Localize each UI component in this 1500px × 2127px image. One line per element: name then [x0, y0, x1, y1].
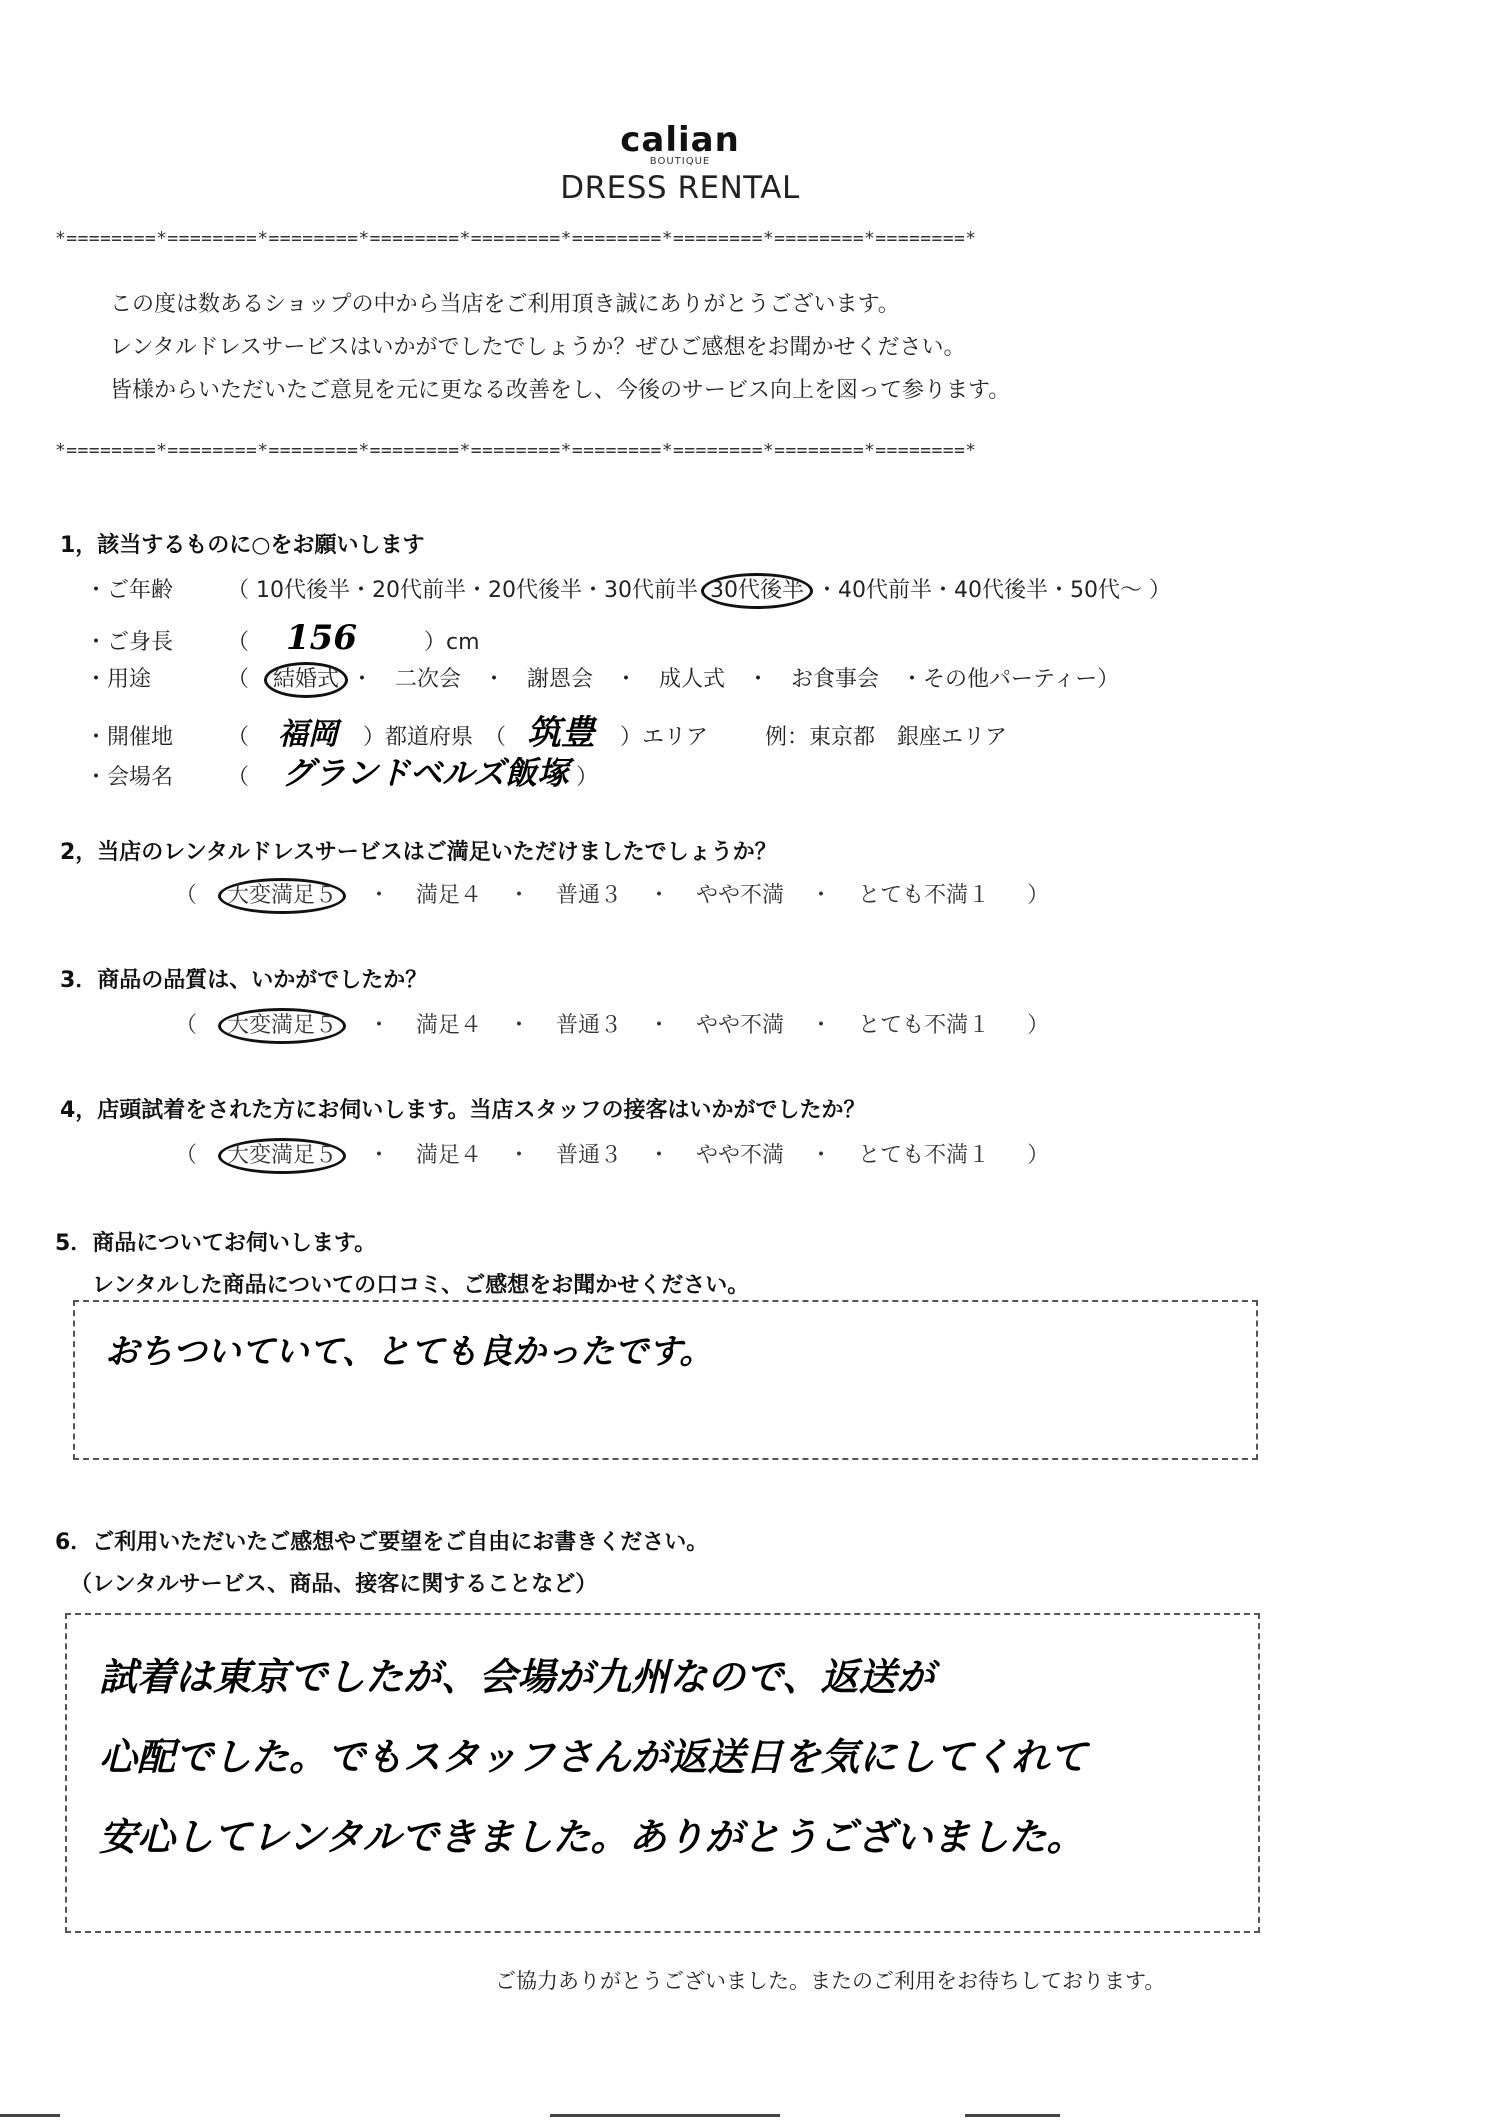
- location-example: 例：東京都 銀座エリア: [765, 725, 1007, 750]
- age-label: ・ご年齢: [85, 573, 220, 604]
- intro-line: 皆様からいただいたご意見を元に更なる改善をし、今後のサービス向上を図って参ります…: [110, 369, 1010, 412]
- purpose-label: ・用途: [85, 662, 220, 693]
- answer-line: 安心してレンタルできました。ありがとうございました。: [99, 1797, 1087, 1877]
- rating-option[interactable]: 普通３: [556, 1138, 622, 1169]
- question-6-subtitle: （レンタルサービス、商品、接客に関することなど）: [70, 1567, 597, 1598]
- rating-option[interactable]: とても不満１: [858, 1138, 990, 1169]
- height-value[interactable]: 156: [286, 618, 357, 658]
- age-selected[interactable]: 30代後半: [701, 573, 813, 609]
- divider-top: *========*========*========*========*===…: [55, 228, 1365, 249]
- age-options: ・40代前半・40代後半・50代〜: [816, 578, 1142, 603]
- answer-line: 試着は東京でしたが、会場が九州なので、返送が: [99, 1637, 1087, 1717]
- scan-artifact: [550, 2114, 780, 2117]
- location-label: ・開催地: [85, 720, 220, 751]
- rating-option[interactable]: やや不満: [696, 878, 784, 909]
- venue-label: ・会場名: [85, 760, 220, 791]
- question-6-title: 6．ご利用いただいたご感想やご要望をご自由にお書きください。: [55, 1525, 708, 1556]
- question-6-answer: 試着は東京でしたが、会場が九州なので、返送が 心配でした。でもスタッフさんが返送…: [99, 1637, 1087, 1877]
- question-4-ratings: （ 大変満足５ ・ 満足４ ・ 普通３ ・ やや不満 ・ とても不満１ ）: [175, 1138, 1049, 1170]
- age-row: ・ご年齢 （ 10代後半・20代前半・20代後半・30代前半 30代後半 ・40…: [85, 573, 1171, 605]
- rating-option[interactable]: 普通３: [556, 878, 622, 909]
- purpose-row: ・用途 （ 結婚式 ・ 二次会 ・ 謝恩会 ・ 成人式 ・ お食事会 ・その他パ…: [85, 662, 1119, 694]
- brand-name: calian: [0, 122, 1360, 158]
- question-1-title: 1，該当するものに○をお願いします: [60, 528, 425, 559]
- rating-option-selected[interactable]: 大変満足５: [218, 1138, 346, 1174]
- prefecture-value[interactable]: 福岡: [278, 717, 338, 752]
- rating-option[interactable]: やや不満: [696, 1008, 784, 1039]
- question-6-answer-box[interactable]: 試着は東京でしたが、会場が九州なので、返送が 心配でした。でもスタッフさんが返送…: [65, 1613, 1260, 1933]
- location-row: ・開催地 （ 福岡 ）都道府県 （ 筑豊 ）エリア 例：東京都 銀座エリア: [85, 705, 1007, 754]
- question-5-title: 5．商品についてお伺いします。: [55, 1226, 376, 1257]
- rating-option[interactable]: 満足４: [416, 878, 482, 909]
- rating-option-selected[interactable]: 大変満足５: [218, 878, 346, 914]
- shop-logo: calian BOUTIQUE DRESS RENTAL: [0, 122, 1360, 206]
- height-row: ・ご身長 （ 156 ）cm: [85, 618, 480, 658]
- intro-text: この度は数あるショップの中から当店をご利用頂き誠にありがとうございます。 レンタ…: [110, 283, 1010, 412]
- question-4-title: 4，店頭試着をされた方にお伺いします。当店スタッフの接客はいかがでしたか？: [60, 1093, 866, 1124]
- answer-line: 心配でした。でもスタッフさんが返送日を気にしてくれて: [99, 1717, 1087, 1797]
- scan-artifact: [965, 2114, 1060, 2117]
- area-value[interactable]: 筑豊: [527, 713, 595, 753]
- venue-row: ・会場名 （ グランドベルズ飯塚 ）: [85, 748, 598, 794]
- intro-line: この度は数あるショップの中から当店をご利用頂き誠にありがとうございます。: [110, 283, 1010, 326]
- scan-artifact: [0, 2114, 60, 2117]
- purpose-options: ・ 二次会 ・ 謝恩会 ・ 成人式 ・ お食事会 ・その他パーティー）: [351, 667, 1119, 692]
- question-3-title: 3．商品の品質は、いかがでしたか？: [60, 963, 427, 994]
- question-2-title: 2，当店のレンタルドレスサービスはご満足いただけましたでしょうか？: [60, 835, 777, 866]
- question-5-answer: おちついていて、とても良かったです。: [105, 1324, 713, 1373]
- footer-thanks: ご協力ありがとうございました。またのご利用をお待ちしております。: [495, 1965, 1165, 1995]
- rating-option[interactable]: とても不満１: [858, 1008, 990, 1039]
- question-5-answer-box[interactable]: おちついていて、とても良かったです。: [73, 1300, 1258, 1460]
- document-title: DRESS RENTAL: [0, 170, 1360, 206]
- rating-option-selected[interactable]: 大変満足５: [218, 1008, 346, 1044]
- height-label: ・ご身長: [85, 625, 220, 656]
- venue-value[interactable]: グランドベルズ飯塚: [282, 754, 569, 792]
- rating-option[interactable]: 満足４: [416, 1008, 482, 1039]
- rating-option[interactable]: とても不満１: [858, 878, 990, 909]
- rating-option[interactable]: 普通３: [556, 1008, 622, 1039]
- rating-option[interactable]: 満足４: [416, 1138, 482, 1169]
- intro-line: レンタルドレスサービスはいかがでしたでしょうか？ぜひご感想をお聞かせください。: [110, 326, 1010, 369]
- purpose-selected[interactable]: 結婚式: [264, 662, 348, 698]
- question-5-subtitle: レンタルした商品についての口コミ、ご感想をお聞かせください。: [92, 1268, 749, 1299]
- question-2-ratings: （ 大変満足５ ・ 満足４ ・ 普通３ ・ やや不満 ・ とても不満１ ）: [175, 878, 1049, 910]
- rating-option[interactable]: やや不満: [696, 1138, 784, 1169]
- question-3-ratings: （ 大変満足５ ・ 満足４ ・ 普通３ ・ やや不満 ・ とても不満１ ）: [175, 1008, 1049, 1040]
- divider-bottom: *========*========*========*========*===…: [55, 440, 1365, 461]
- age-options: 10代後半・20代前半・20代後半・30代前半: [256, 578, 698, 603]
- brand-subtitle: BOUTIQUE: [0, 156, 1360, 168]
